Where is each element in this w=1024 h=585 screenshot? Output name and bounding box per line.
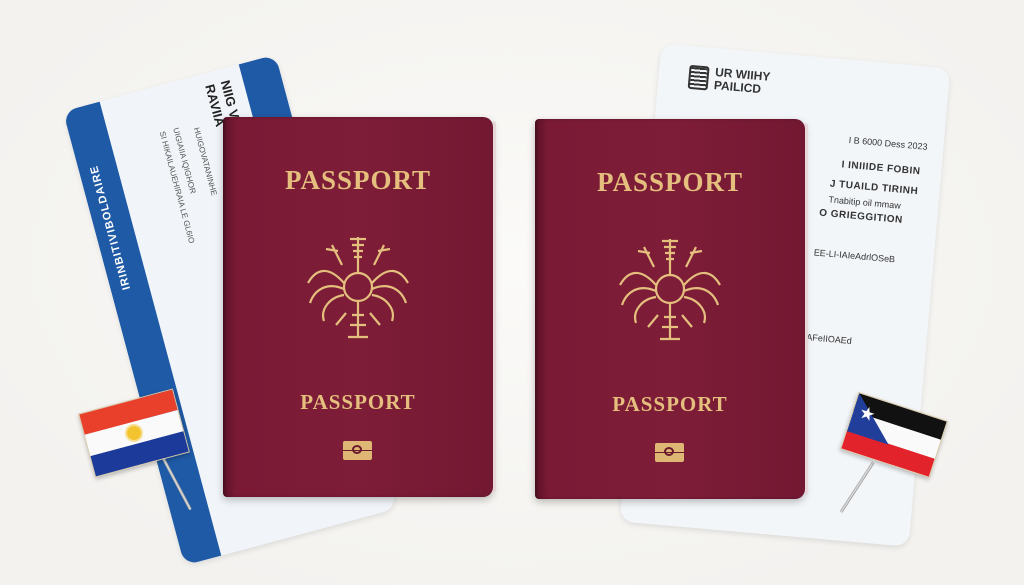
boarding-pass-line: I B 6000 Dess 2023 xyxy=(848,135,928,152)
boarding-pass-line: EE-LI-IAIeAdrlOSeB xyxy=(813,247,895,264)
biometric-chip-icon xyxy=(655,443,684,462)
airline-logo-icon xyxy=(688,65,710,91)
boarding-pass-line: I INIIIDE FOBIN xyxy=(841,159,921,177)
coat-of-arms-icon xyxy=(610,227,730,347)
coat-of-arms-icon xyxy=(298,225,418,345)
passport-title: PASSPORT xyxy=(223,165,493,196)
boarding-pass-line: Tnabitip oil mmaw xyxy=(828,194,901,210)
airline-logo-text: UR WIIHY PAILICD xyxy=(713,66,795,99)
passport-subtitle: PASSPORT xyxy=(223,390,493,415)
passport-subtitle: PASSPORT xyxy=(535,392,805,417)
passport-title: PASSPORT xyxy=(535,167,805,198)
boarding-pass-logo: UR WIIHY PAILICD xyxy=(688,64,796,99)
passport-right: PASSPORT PASSPORT xyxy=(535,119,805,499)
sun-icon xyxy=(125,424,142,441)
biometric-chip-icon xyxy=(343,441,372,460)
passport-left: PASSPORT PASSPORT xyxy=(223,117,493,497)
boarding-pass-line: O GRIEGGITION xyxy=(819,208,903,226)
boarding-pass-line: J TUAILD TIRINH xyxy=(829,179,918,198)
